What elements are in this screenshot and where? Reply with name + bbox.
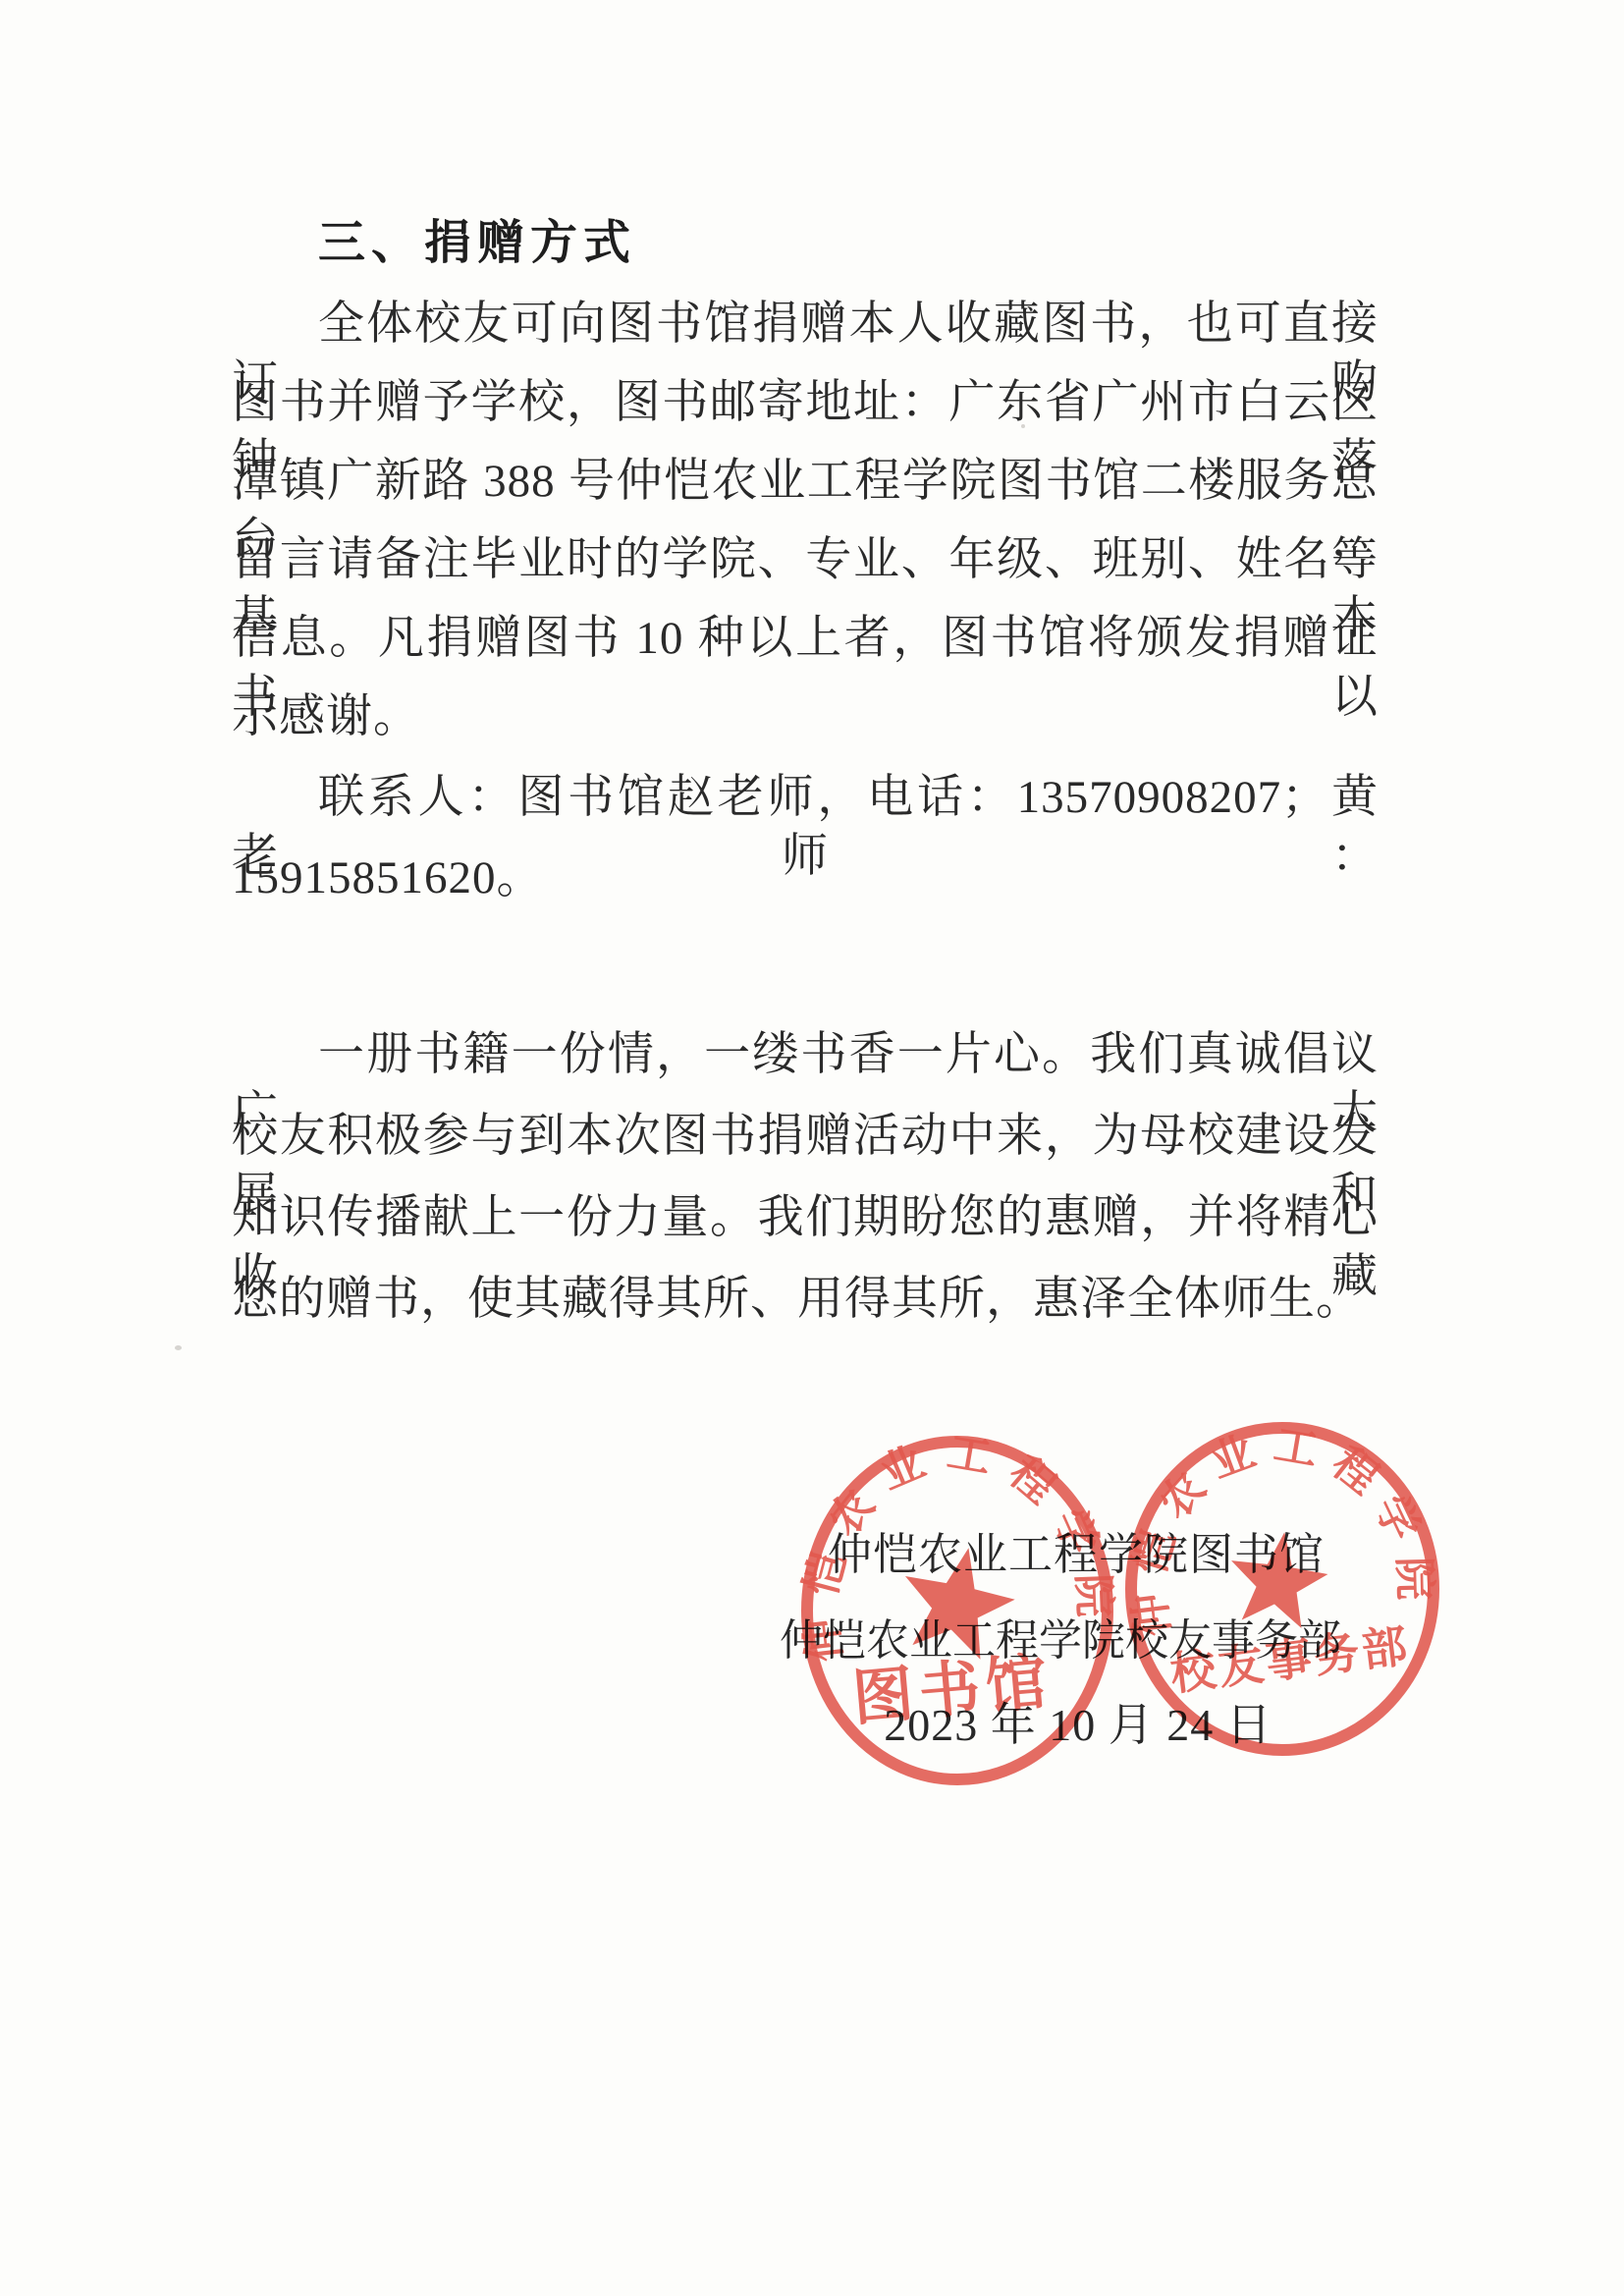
document-page: 三、捐赠方式 全体校友可向图书馆捐赠本人收藏图书，也可直接订购 图书并赠予学校，… <box>0 0 1624 2296</box>
signature-org-alumni-office: 仲恺农业工程学院校友事务部 <box>780 1605 1341 1667</box>
signature-date: 2023 年 10 月 24 日 <box>884 1689 1272 1754</box>
body-line: 15915851620。 <box>232 848 1379 907</box>
section-title: 三、捐赠方式 <box>232 214 1379 273</box>
scan-artifact <box>175 1345 182 1350</box>
body-line: 您的赠书，使其藏得其所、用得其所，惠泽全体师生。 <box>232 1270 1379 1329</box>
signature-org-library: 仲恺农业工程学院图书馆 <box>828 1518 1325 1582</box>
body-line: 示感谢。 <box>232 687 1379 746</box>
scan-artifact <box>1021 424 1025 428</box>
